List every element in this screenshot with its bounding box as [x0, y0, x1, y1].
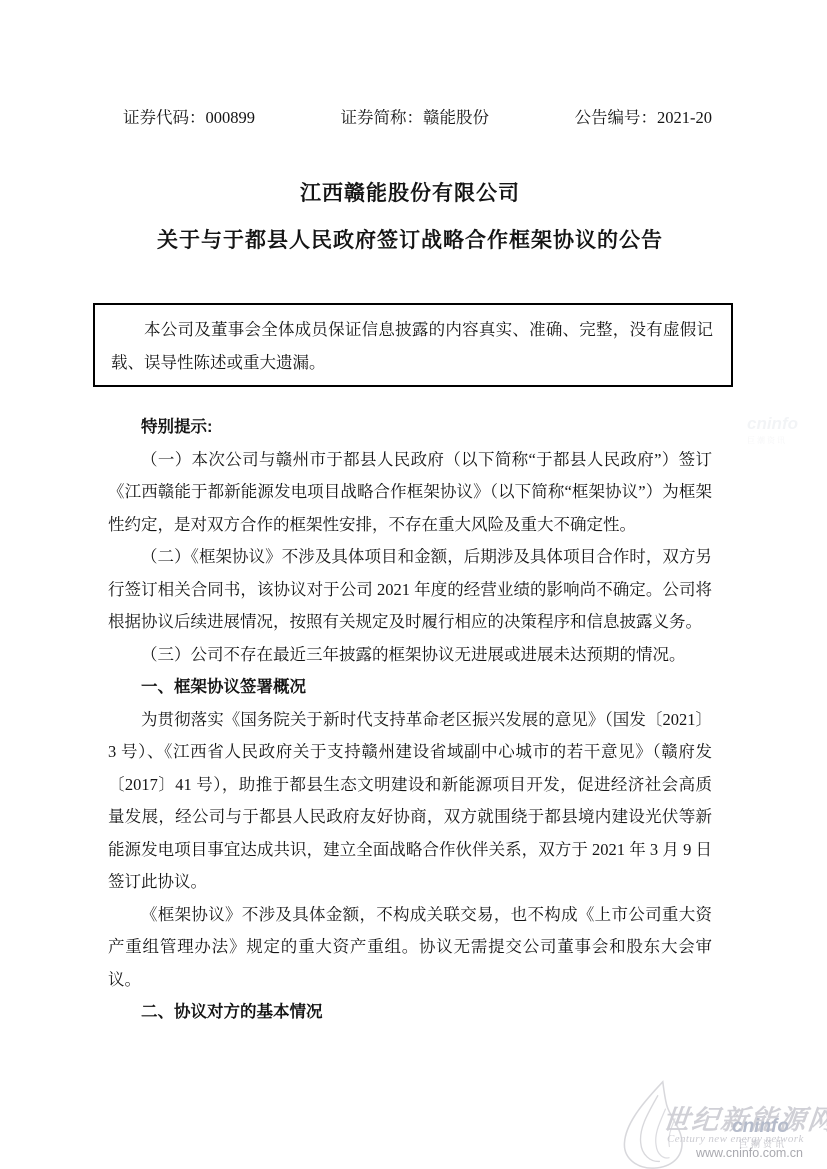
announcement-number: 公告编号：2021-20: [575, 108, 713, 128]
disclosure-statement-box: 本公司及董事会全体成员保证信息披露的内容真实、准确、完整，没有虚假记载、误导性陈…: [93, 303, 733, 387]
stock-abbr: 证券简称：赣能股份: [341, 108, 490, 128]
title-block: 江西赣能股份有限公司 关于与于都县人民政府签订战略合作框架协议的公告: [108, 181, 712, 254]
section-heading-agreement-overview: 一、框架协议签署概况: [108, 671, 712, 704]
stock-code: 证券代码：000899: [123, 108, 255, 128]
paragraph-special-note-3: （三）公司不存在最近三年披露的框架协议无进展或进展未达预期的情况。: [108, 639, 712, 672]
paragraph-agreement-background: 为贯彻落实《国务院关于新时代支持革命老区振兴发展的意见》（国发〔2021〕3 号…: [108, 704, 712, 899]
paragraph-special-note-2: （二）《框架协议》不涉及具体项目和金额，后期涉及具体项目合作时，双方另行签订相关…: [108, 541, 712, 639]
special-note-heading: 特别提示:: [108, 411, 712, 444]
document-header: 证券代码：000899 证券简称：赣能股份 公告编号：2021-20: [123, 108, 712, 128]
document-body: 特别提示: （一）本次公司与赣州市于都县人民政府（以下简称“于都县人民政府”）签…: [108, 411, 712, 1029]
paragraph-agreement-scope: 《框架协议》不涉及具体金额，不构成关联交易，也不构成《上市公司重大资产重组管理办…: [108, 899, 712, 997]
announcement-page: 证券代码：000899 证券简称：赣能股份 公告编号：2021-20 江西赣能股…: [0, 0, 827, 1169]
company-title: 江西赣能股份有限公司: [108, 181, 712, 207]
paragraph-special-note-1: （一）本次公司与赣州市于都县人民政府（以下简称“于都县人民政府”）签订《江西赣能…: [108, 444, 712, 542]
section-heading-counterparty-info: 二、协议对方的基本情况: [108, 996, 712, 1029]
announcement-title: 关于与于都县人民政府签订战略合作框架协议的公告: [108, 228, 712, 254]
disclosure-statement: 本公司及董事会全体成员保证信息披露的内容真实、准确、完整，没有虚假记载、误导性陈…: [111, 313, 713, 379]
